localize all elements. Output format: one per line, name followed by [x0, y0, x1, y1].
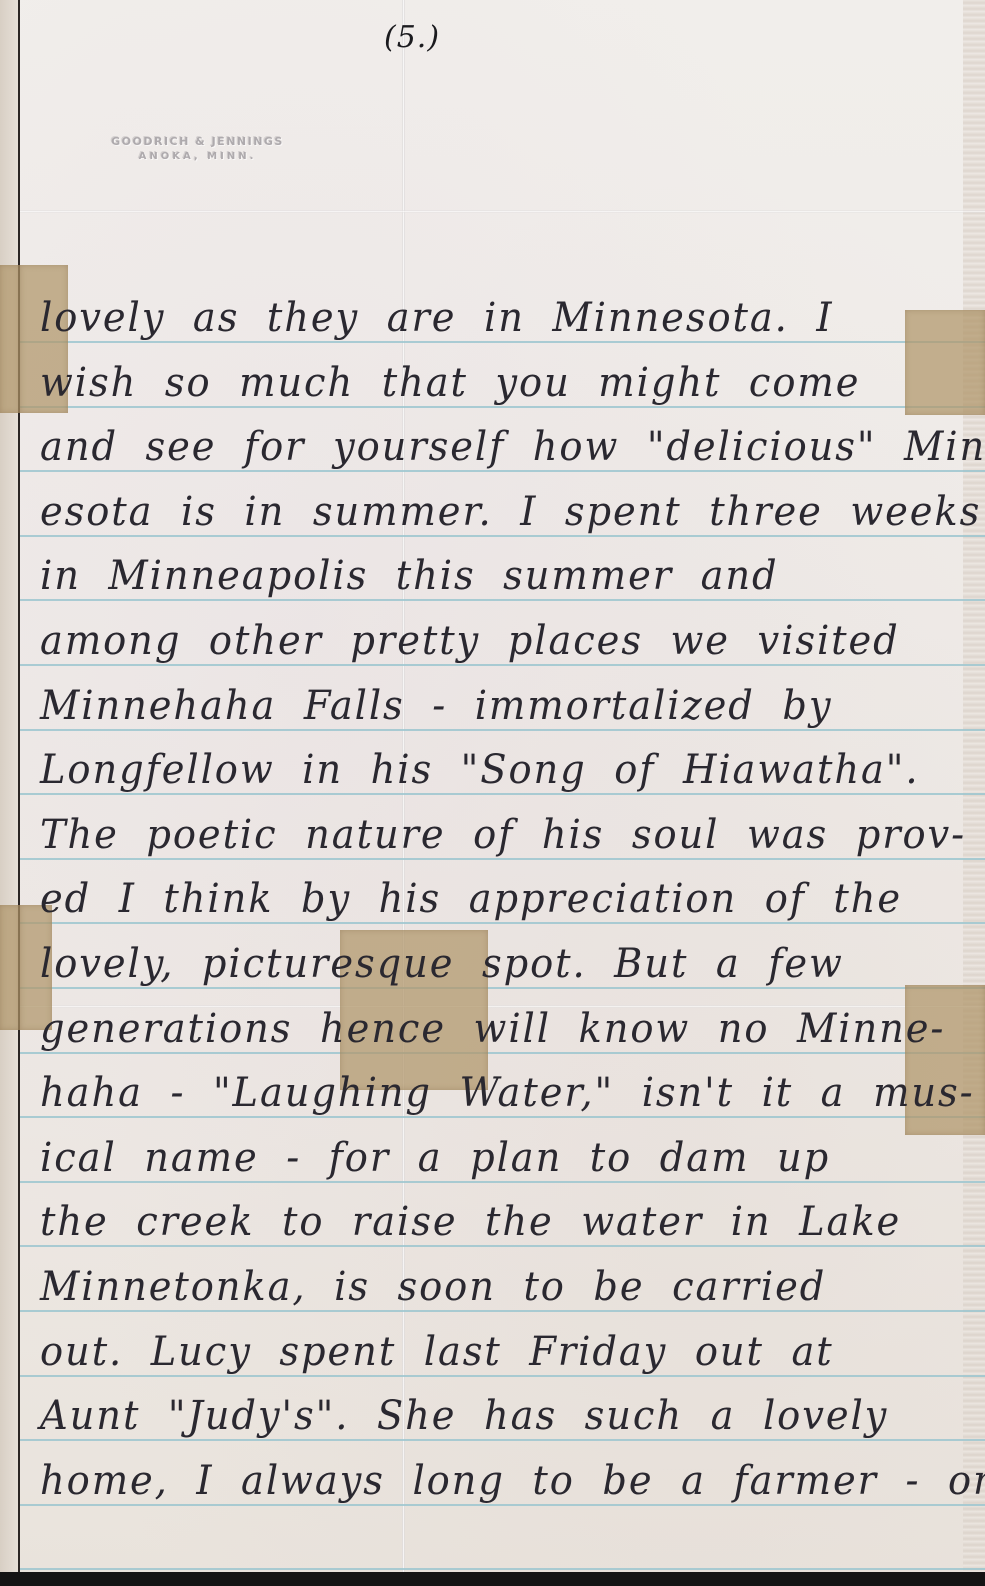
- ruled-line: [20, 858, 985, 860]
- ruled-line: [20, 1310, 985, 1312]
- tape-left-middle-edge: [0, 905, 20, 1030]
- handwritten-line: ical name - for a plan to dam up: [40, 1135, 904, 1181]
- handwritten-line: lovely, picturesque spot. But a few: [40, 941, 904, 987]
- bottom-edge: [0, 1572, 985, 1586]
- handwritten-line: among other pretty places we visited: [40, 618, 904, 664]
- ruled-line: [20, 1504, 985, 1506]
- handwritten-line: Aunt "Judy's". She has such a lovely: [40, 1393, 904, 1439]
- left-fold-edge: [18, 0, 20, 1572]
- ruled-line: [20, 793, 985, 795]
- ruled-line: [20, 406, 985, 408]
- page-number: (5.): [384, 20, 440, 55]
- handwritten-line: home, I always long to be a farmer - or: [40, 1458, 904, 1504]
- left-margin-strip: [0, 0, 18, 1572]
- letter-page: (5.) GOODRICH & JENNINGS ANOKA, MINN. lo…: [0, 0, 985, 1586]
- handwritten-line: Longfellow in his "Song of Hiawatha".: [40, 747, 904, 793]
- handwritten-line: Minnehaha Falls - immortalized by: [40, 683, 904, 729]
- ruled-line: [20, 1245, 985, 1247]
- tape-right-top: [905, 310, 985, 415]
- ruled-line: [20, 599, 985, 601]
- handwritten-line: Minnetonka, is soon to be carried: [40, 1264, 904, 1310]
- letterhead-emboss: GOODRICH & JENNINGS ANOKA, MINN.: [80, 134, 315, 164]
- right-edge: [963, 0, 985, 1572]
- tape-left-top-edge: [0, 265, 20, 413]
- ruled-line: [20, 922, 985, 924]
- ruled-line: [20, 1375, 985, 1377]
- handwritten-line: ed I think by his appreciation of the: [40, 876, 904, 922]
- horizontal-fold-crease: [20, 210, 985, 213]
- handwritten-line: the creek to raise the water in Lake: [40, 1199, 904, 1245]
- ruled-line: [20, 987, 985, 989]
- emboss-line-2: ANOKA, MINN.: [80, 149, 315, 164]
- ruled-line: [20, 1439, 985, 1441]
- ruled-line: [20, 1181, 985, 1183]
- emboss-line-1: GOODRICH & JENNINGS: [80, 134, 315, 149]
- handwritten-line: esota is in summer. I spent three weeks: [40, 489, 904, 535]
- handwritten-line: lovely as they are in Minnesota. I: [40, 295, 904, 341]
- handwritten-line: wish so much that you might come: [40, 360, 904, 406]
- ruled-line: [20, 1568, 985, 1570]
- handwritten-line: and see for yourself how "delicious" Min…: [40, 424, 904, 470]
- handwritten-line: The poetic nature of his soul was prov-: [40, 812, 904, 858]
- ruled-line: [20, 664, 985, 666]
- ruled-line: [20, 470, 985, 472]
- ruled-line: [20, 1052, 985, 1054]
- handwritten-line: generations hence will know no Minne-: [40, 1006, 904, 1052]
- handwritten-line: haha - "Laughing Water," isn't it a mus-: [40, 1070, 904, 1116]
- handwritten-line: in Minneapolis this summer and: [40, 553, 904, 599]
- ruled-line: [20, 1116, 985, 1118]
- handwritten-line: out. Lucy spent last Friday out at: [40, 1329, 904, 1375]
- ruled-line: [20, 341, 985, 343]
- ruled-line: [20, 535, 985, 537]
- ruled-line: [20, 729, 985, 731]
